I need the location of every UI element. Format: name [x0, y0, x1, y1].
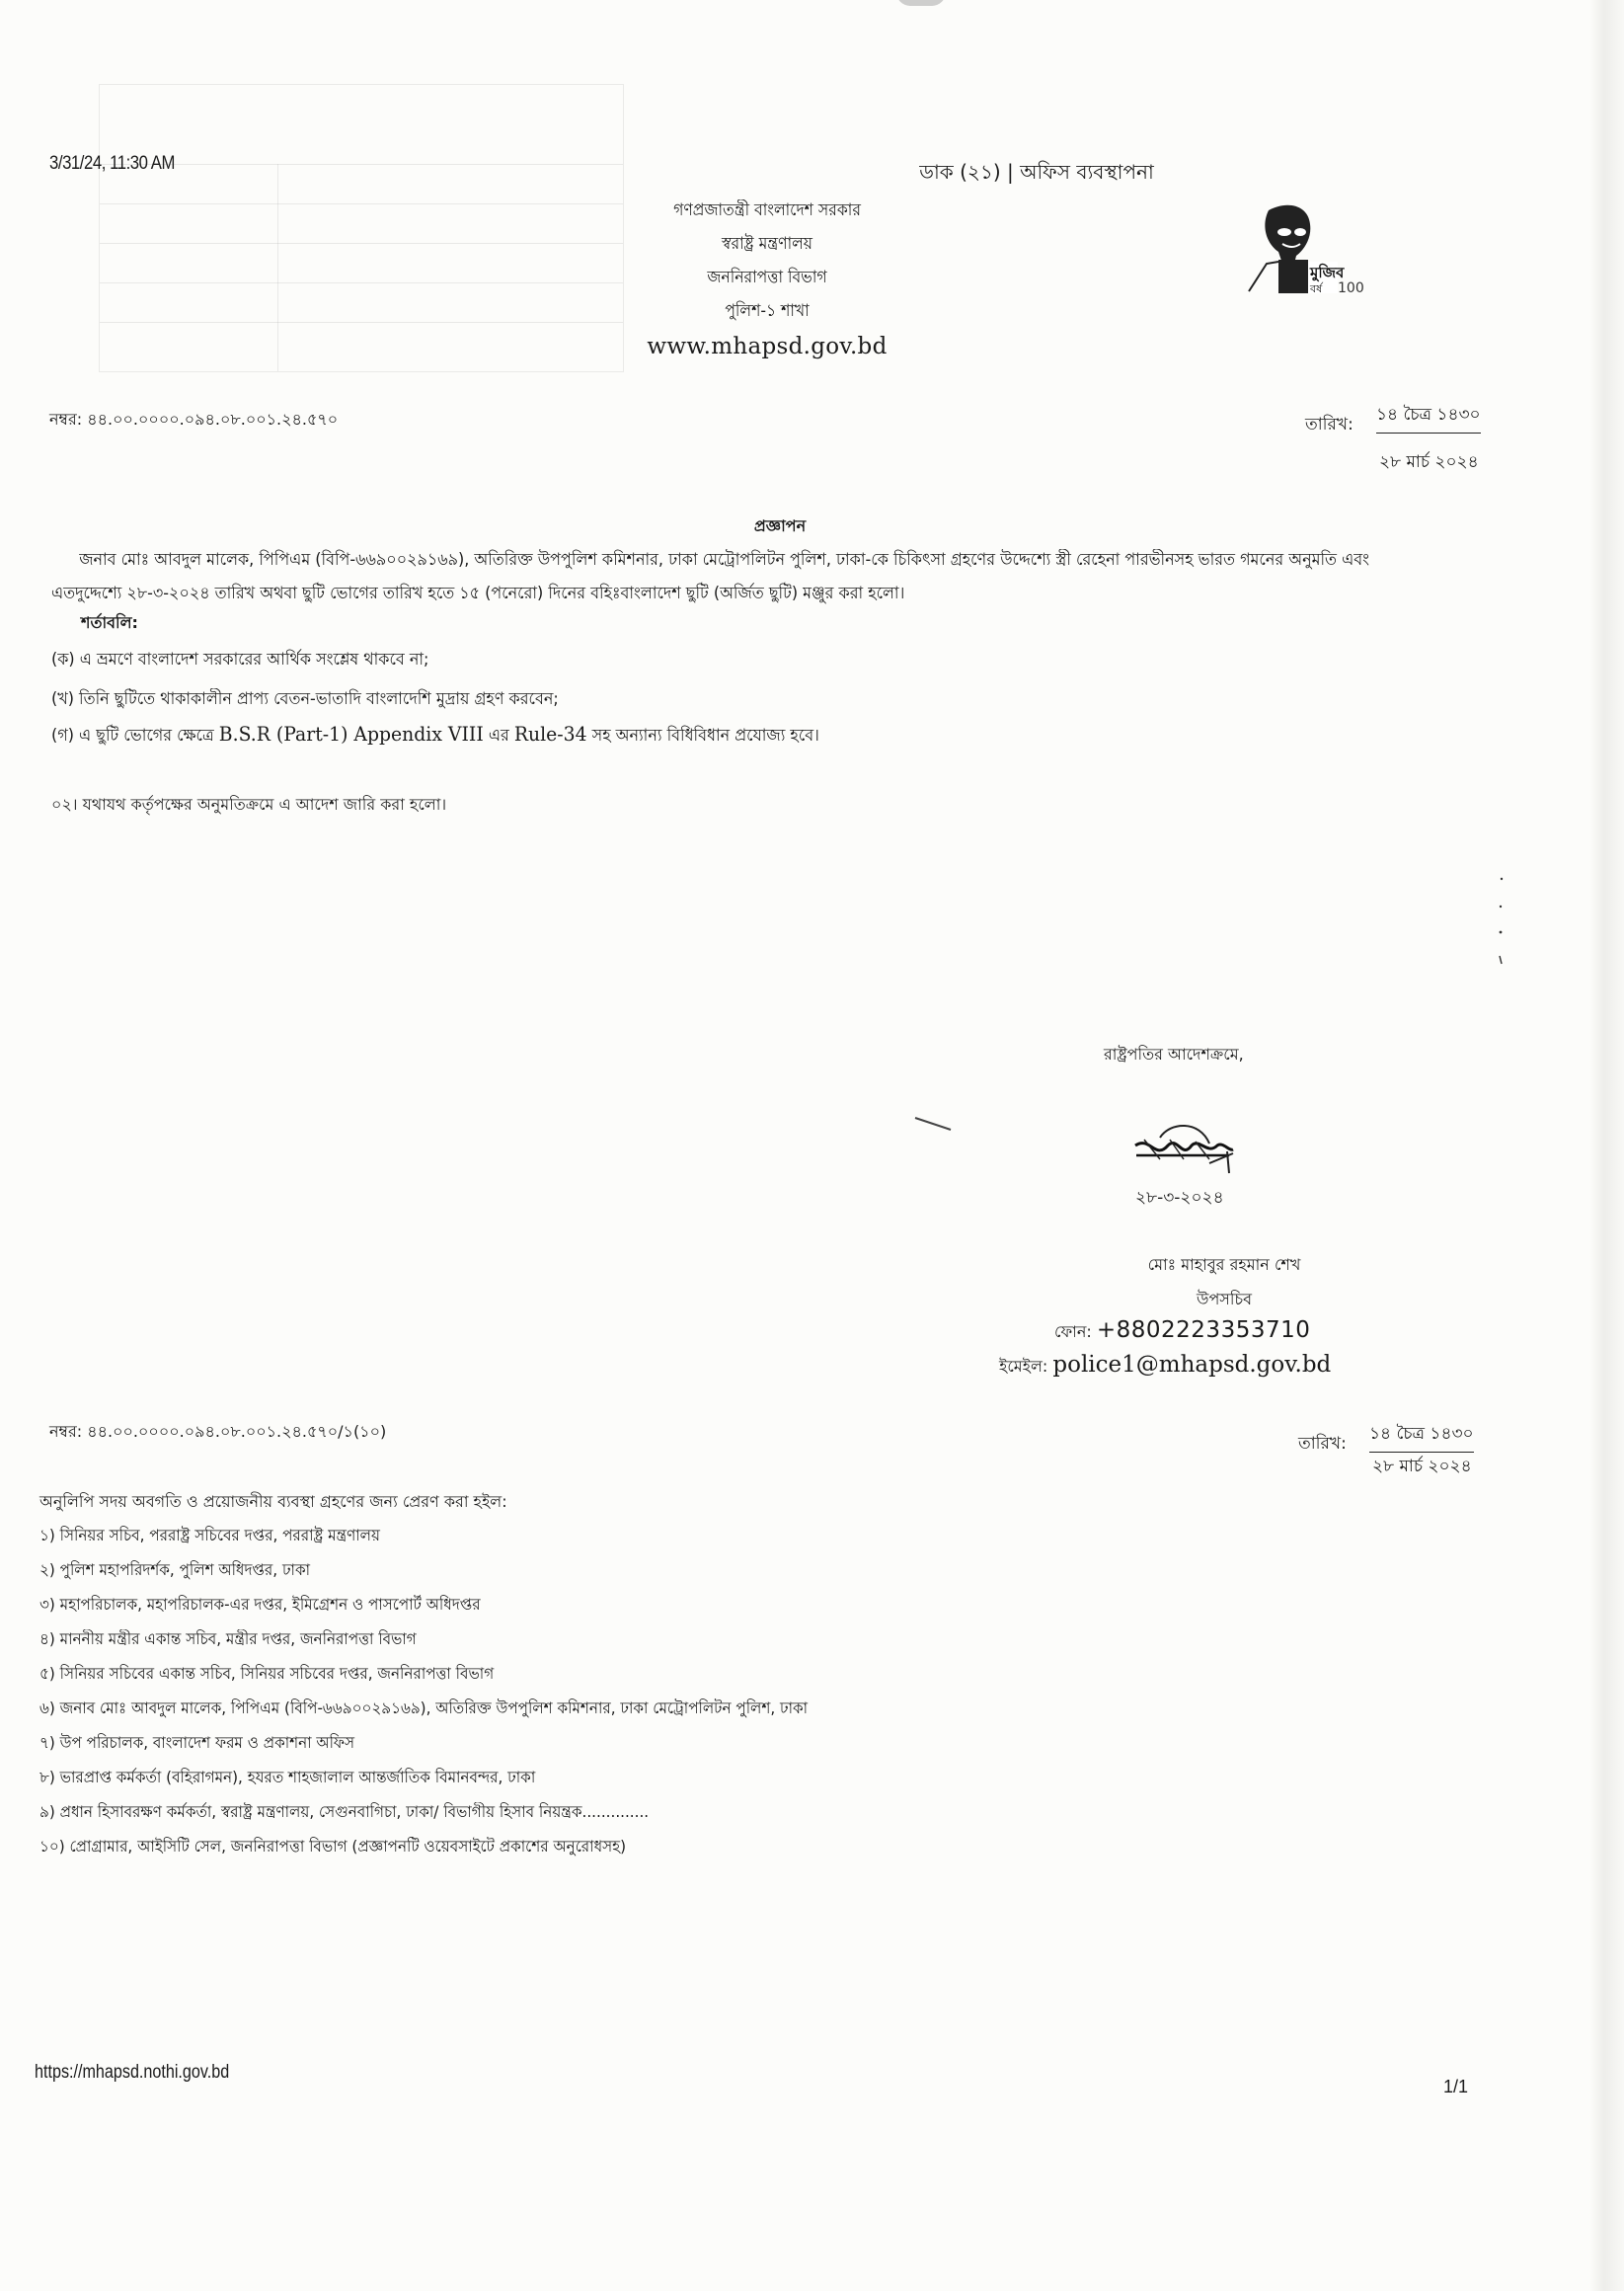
scan-artifact: [1498, 869, 1506, 968]
copy-reference-number: ৪৪.০০.০০০০.০৯৪.০৮.০০১.২৪.৫৭০/১(১০): [87, 1422, 386, 1441]
condition-item: (খ) তিনি ছুটিতে থাকাকালীন প্রাপ্য বেতন-ভ…: [51, 686, 559, 714]
notification-body: জনাব মোঃ আবদুল মালেক, পিপিএম (বিপি-৬৬৯০০…: [51, 543, 1406, 610]
officer-email: ইমেইল: police1@mhapsd.gov.bd: [999, 1352, 1331, 1381]
page-number: 1/1: [1443, 2077, 1468, 2097]
memo-reference-number: ৪৪.০০.০০০০.০৯৪.০৮.০০১.২৪.৫৭০: [87, 410, 338, 429]
conditions-heading: শর্তাবলি:: [81, 610, 138, 637]
officer-phone: ফোন: +8802223353710: [1054, 1317, 1310, 1346]
mujib-borsho-logo-icon: মুজিব বর্ষ 100: [1239, 202, 1377, 296]
letterhead-ministry: স্বরাষ্ট্র মন্ত্রণালয়: [585, 231, 949, 259]
recipient-item: ৩) মহাপরিচালক, মহাপরিচালক-এর দপ্তর, ইমিগ…: [39, 1592, 481, 1619]
bleed-through-stamp: [99, 84, 624, 372]
memo-reference: নম্বর: ৪৪.০০.০০০০.০৯৪.০৮.০০১.২৪.৫৭০: [49, 407, 338, 434]
condition-item: (ক) এ ভ্রমণে বাংলাদেশ সরকারের আর্থিক সংশ…: [51, 647, 428, 674]
letterhead-website: www.mhapsd.gov.bd: [570, 334, 965, 359]
recipient-item: ৯) প্রধান হিসাবরক্ষণ কর্মকর্তা, স্বরাষ্ট…: [39, 1799, 649, 1826]
recipient-item: ২) পুলিশ মহাপরিদর্শক, পুলিশ অধিদপ্তর, ঢা…: [39, 1557, 310, 1584]
recipient-item: ৭) উপ পরিচালক, বাংলাদেশ ফরম ও প্রকাশনা অ…: [39, 1730, 354, 1757]
copy-intro: অনুলিপি সদয় অবগতি ও প্রয়োজনীয় ব্যবস্থ…: [39, 1489, 507, 1516]
letterhead-government: গণপ্রজাতন্ত্রী বাংলাদেশ সরকার: [585, 197, 949, 225]
letterhead-branch: পুলিশ-১ শাখা: [585, 298, 949, 326]
presidential-order-line: রাষ্ট্রপতির আদেশক্রমে,: [1104, 1042, 1244, 1068]
signature-icon: [1130, 1116, 1239, 1180]
recipient-item: ৪) মাননীয় মন্ত্রীর একান্ত সচিব, মন্ত্রী…: [39, 1626, 417, 1653]
memo-date-bangla: ১৪ চৈত্র ১৪৩০: [1376, 402, 1481, 434]
recipient-item: ১) সিনিয়র সচিব, পররাষ্ট্র সচিবের দপ্তর,…: [39, 1523, 380, 1549]
print-footer-url: https://mhapsd.nothi.gov.bd: [35, 2062, 229, 2084]
officer-designation: উপসচিব: [1106, 1287, 1343, 1313]
print-timestamp: 3/31/24, 11:30 AM: [49, 153, 175, 175]
letterhead-division: জননিরাপত্তা বিভাগ: [585, 265, 949, 292]
memo-date-gregorian: ২৮ মার্চ ২০২৪: [1379, 449, 1479, 477]
svg-text:100: 100: [1338, 280, 1364, 296]
copy-date-gregorian: ২৮ মার্চ ২০২৪: [1372, 1454, 1472, 1481]
signature-date: ২৮-৩-২০২৪: [1135, 1185, 1224, 1213]
recipient-item: ৫) সিনিয়র সচিবের একান্ত সচিব, সিনিয়র স…: [39, 1661, 494, 1688]
clause-2: ০২। যথাযথ কর্তৃপক্ষের অনুমতিক্রমে এ আদেশ…: [51, 792, 446, 819]
svg-text:বর্ষ: বর্ষ: [1309, 282, 1324, 295]
condition-item: (গ) এ ছুটি ভোগের ক্ষেত্রে B.S.R (Part-1)…: [51, 722, 819, 750]
svg-text:মুজিব: মুজিব: [1309, 263, 1345, 281]
officer-name: মোঃ মাহাবুর রহমান শেখ: [1106, 1252, 1343, 1279]
recipient-item: ৬) জনাব মোঃ আবদুল মালেক, পিপিএম (বিপি-৬৬…: [39, 1696, 808, 1722]
recipient-item: ১০) প্রোগ্রামার, আইসিটি সেল, জননিরাপত্তা…: [39, 1834, 626, 1860]
scan-artifact: [913, 1116, 955, 1132]
copy-reference: নম্বর: ৪৪.০০.০০০০.০৯৪.০৮.০০১.২৪.৫৭০/১(১০…: [49, 1419, 386, 1446]
copy-date-bangla: ১৪ চৈত্র ১৪৩০: [1369, 1421, 1474, 1453]
notification-title: প্রজ্ঞাপন: [582, 513, 977, 540]
dak-line: ডাক (২১) | অফিস ব্যবস্থাপনা: [889, 158, 1185, 191]
recipient-item: ৮) ভারপ্রাপ্ত কর্মকর্তা (বহিরাগমন), হযরত…: [39, 1765, 535, 1791]
